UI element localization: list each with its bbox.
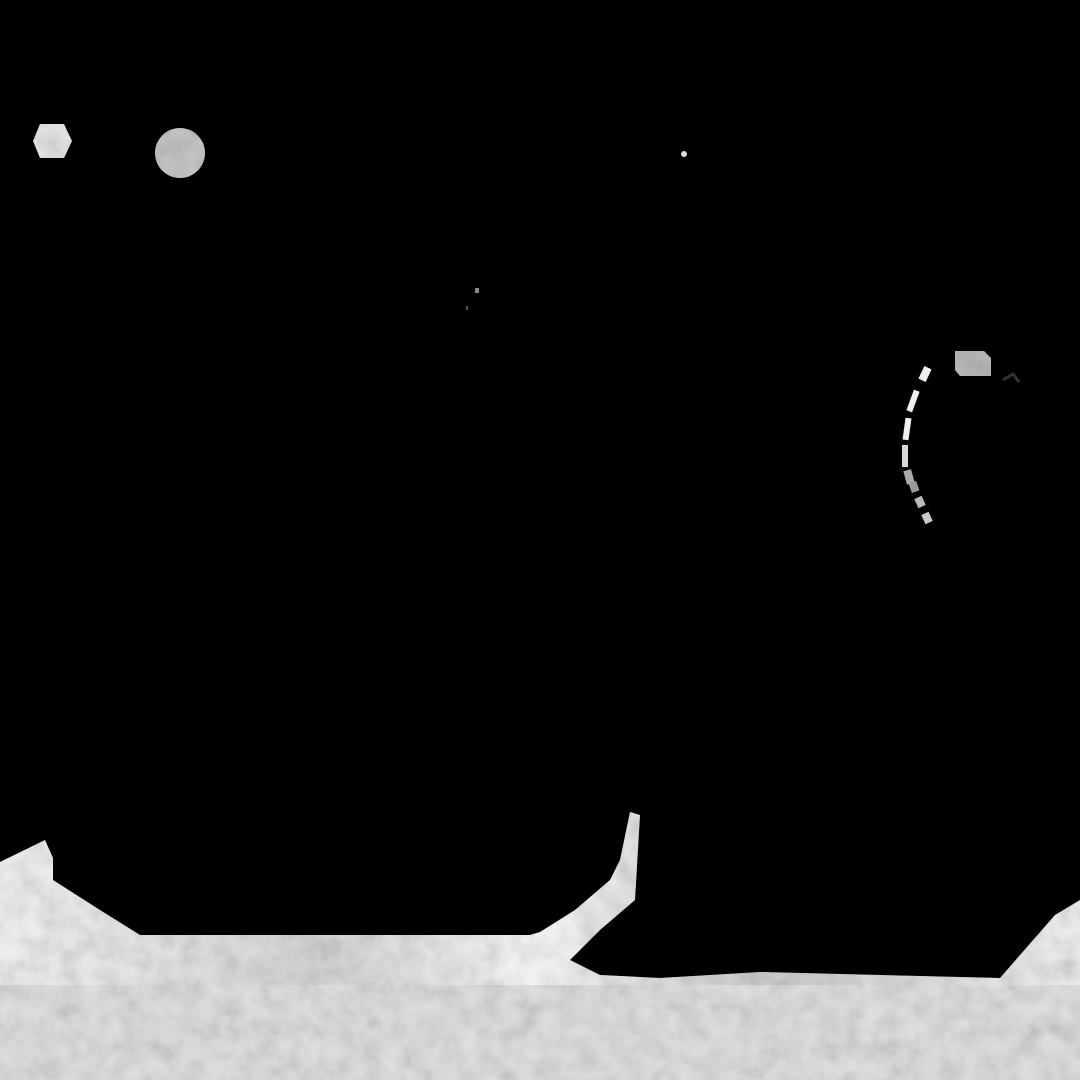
hexagon-shape	[33, 124, 72, 158]
arc-segments	[902, 366, 933, 524]
speck	[466, 306, 468, 310]
star-dot	[681, 151, 687, 157]
tag-chip	[955, 351, 991, 376]
faint-mark	[1003, 374, 1019, 382]
mask-canvas	[0, 0, 1080, 1080]
moon-shape	[155, 128, 205, 178]
ground-strip	[0, 812, 1080, 990]
speck	[475, 288, 479, 293]
foliage-band	[0, 985, 1080, 1080]
